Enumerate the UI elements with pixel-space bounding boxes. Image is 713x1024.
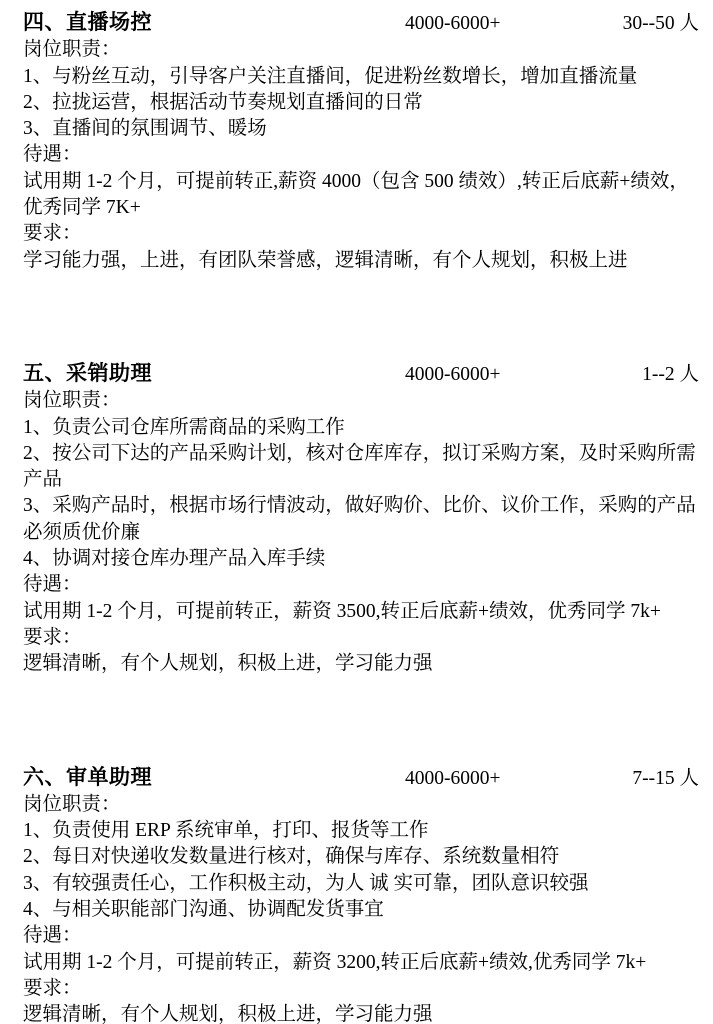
section-header: 五、采销助理 4000-6000+ 1--2 人: [23, 360, 699, 388]
doc-line: 2、每日对快递收发数量进行核对，确保与库存、系统数量相符: [23, 844, 699, 870]
doc-line: 试用期 1-2 个月，可提前转正，薪资 3200,转正后底薪+绩效,优秀同学 7…: [23, 950, 699, 976]
job-section-purchasing-assistant: 五、采销助理 4000-6000+ 1--2 人 岗位职责： 1、负责公司仓库所…: [23, 360, 699, 678]
doc-line: 1、负责公司仓库所需商品的采购工作: [23, 415, 699, 441]
doc-line: 必须质优价廉: [23, 520, 699, 546]
section-header: 四、直播场控 4000-6000+ 30--50 人: [23, 9, 699, 37]
section-salary: 4000-6000+: [405, 11, 583, 37]
doc-line: 3、有较强责任心，工作积极主动，为人 诚 实可靠，团队意识较强: [23, 871, 699, 897]
doc-line: 优秀同学 7K+: [23, 195, 699, 221]
section-title: 四、直播场控: [23, 9, 405, 35]
doc-line: 1、负责使用 ERP 系统审单，打印、报货等工作: [23, 818, 699, 844]
doc-line: 逻辑清晰，有个人规划，积极上进，学习能力强: [23, 651, 699, 677]
doc-line: 岗位职责：: [23, 792, 699, 818]
job-section-live-stream-control: 四、直播场控 4000-6000+ 30--50 人 岗位职责： 1、与粉丝互动…: [23, 9, 699, 274]
section-salary: 4000-6000+: [405, 766, 583, 792]
section-title: 五、采销助理: [23, 360, 405, 386]
section-title: 六、审单助理: [23, 764, 405, 790]
doc-line: 2、拉拢运营，根据活动节奏规划直播间的日常: [23, 90, 699, 116]
doc-line: 3、采购产品时，根据市场行情波动，做好购价、比价、议价工作，采购的产品: [23, 493, 699, 519]
job-posting-document: 四、直播场控 4000-6000+ 30--50 人 岗位职责： 1、与粉丝互动…: [0, 0, 713, 1024]
section-headcount: 7--15 人: [583, 766, 699, 792]
section-salary: 4000-6000+: [405, 362, 583, 388]
doc-line: 逻辑清晰，有个人规划，积极上进，学习能力强: [23, 1002, 699, 1024]
doc-line: 岗位职责：: [23, 388, 699, 414]
doc-line: 4、与相关职能部门沟通、协调配发货事宜: [23, 897, 699, 923]
doc-line: 要求：: [23, 625, 699, 651]
doc-line: 试用期 1-2 个月，可提前转正,薪资 4000（包含 500 绩效）,转正后底…: [23, 169, 699, 195]
doc-line: 待遇：: [23, 923, 699, 949]
doc-line: 产品: [23, 467, 699, 493]
doc-line: 1、与粉丝互动，引导客户关注直播间，促进粉丝数增长，增加直播流量: [23, 64, 699, 90]
doc-line: 2、按公司下达的产品采购计划，核对仓库库存，拟订采购方案，及时采购所需: [23, 441, 699, 467]
doc-line: 要求：: [23, 976, 699, 1002]
doc-line: 待遇：: [23, 572, 699, 598]
job-section-order-review-assistant: 六、审单助理 4000-6000+ 7--15 人 岗位职责： 1、负责使用 E…: [23, 764, 699, 1024]
doc-line: 待遇：: [23, 142, 699, 168]
section-headcount: 30--50 人: [583, 11, 699, 37]
doc-line: 3、直播间的氛围调节、暖场: [23, 116, 699, 142]
section-gap: [23, 274, 699, 360]
doc-line: 要求：: [23, 221, 699, 247]
doc-line: 岗位职责：: [23, 37, 699, 63]
doc-line: 学习能力强，上进，有团队荣誉感，逻辑清晰，有个人规划，积极上进: [23, 248, 699, 274]
doc-line: 试用期 1-2 个月，可提前转正，薪资 3500,转正后底薪+绩效，优秀同学 7…: [23, 599, 699, 625]
section-headcount: 1--2 人: [583, 362, 699, 388]
doc-line: 4、协调对接仓库办理产品入库手续: [23, 546, 699, 572]
section-gap: [23, 678, 699, 764]
section-header: 六、审单助理 4000-6000+ 7--15 人: [23, 764, 699, 792]
